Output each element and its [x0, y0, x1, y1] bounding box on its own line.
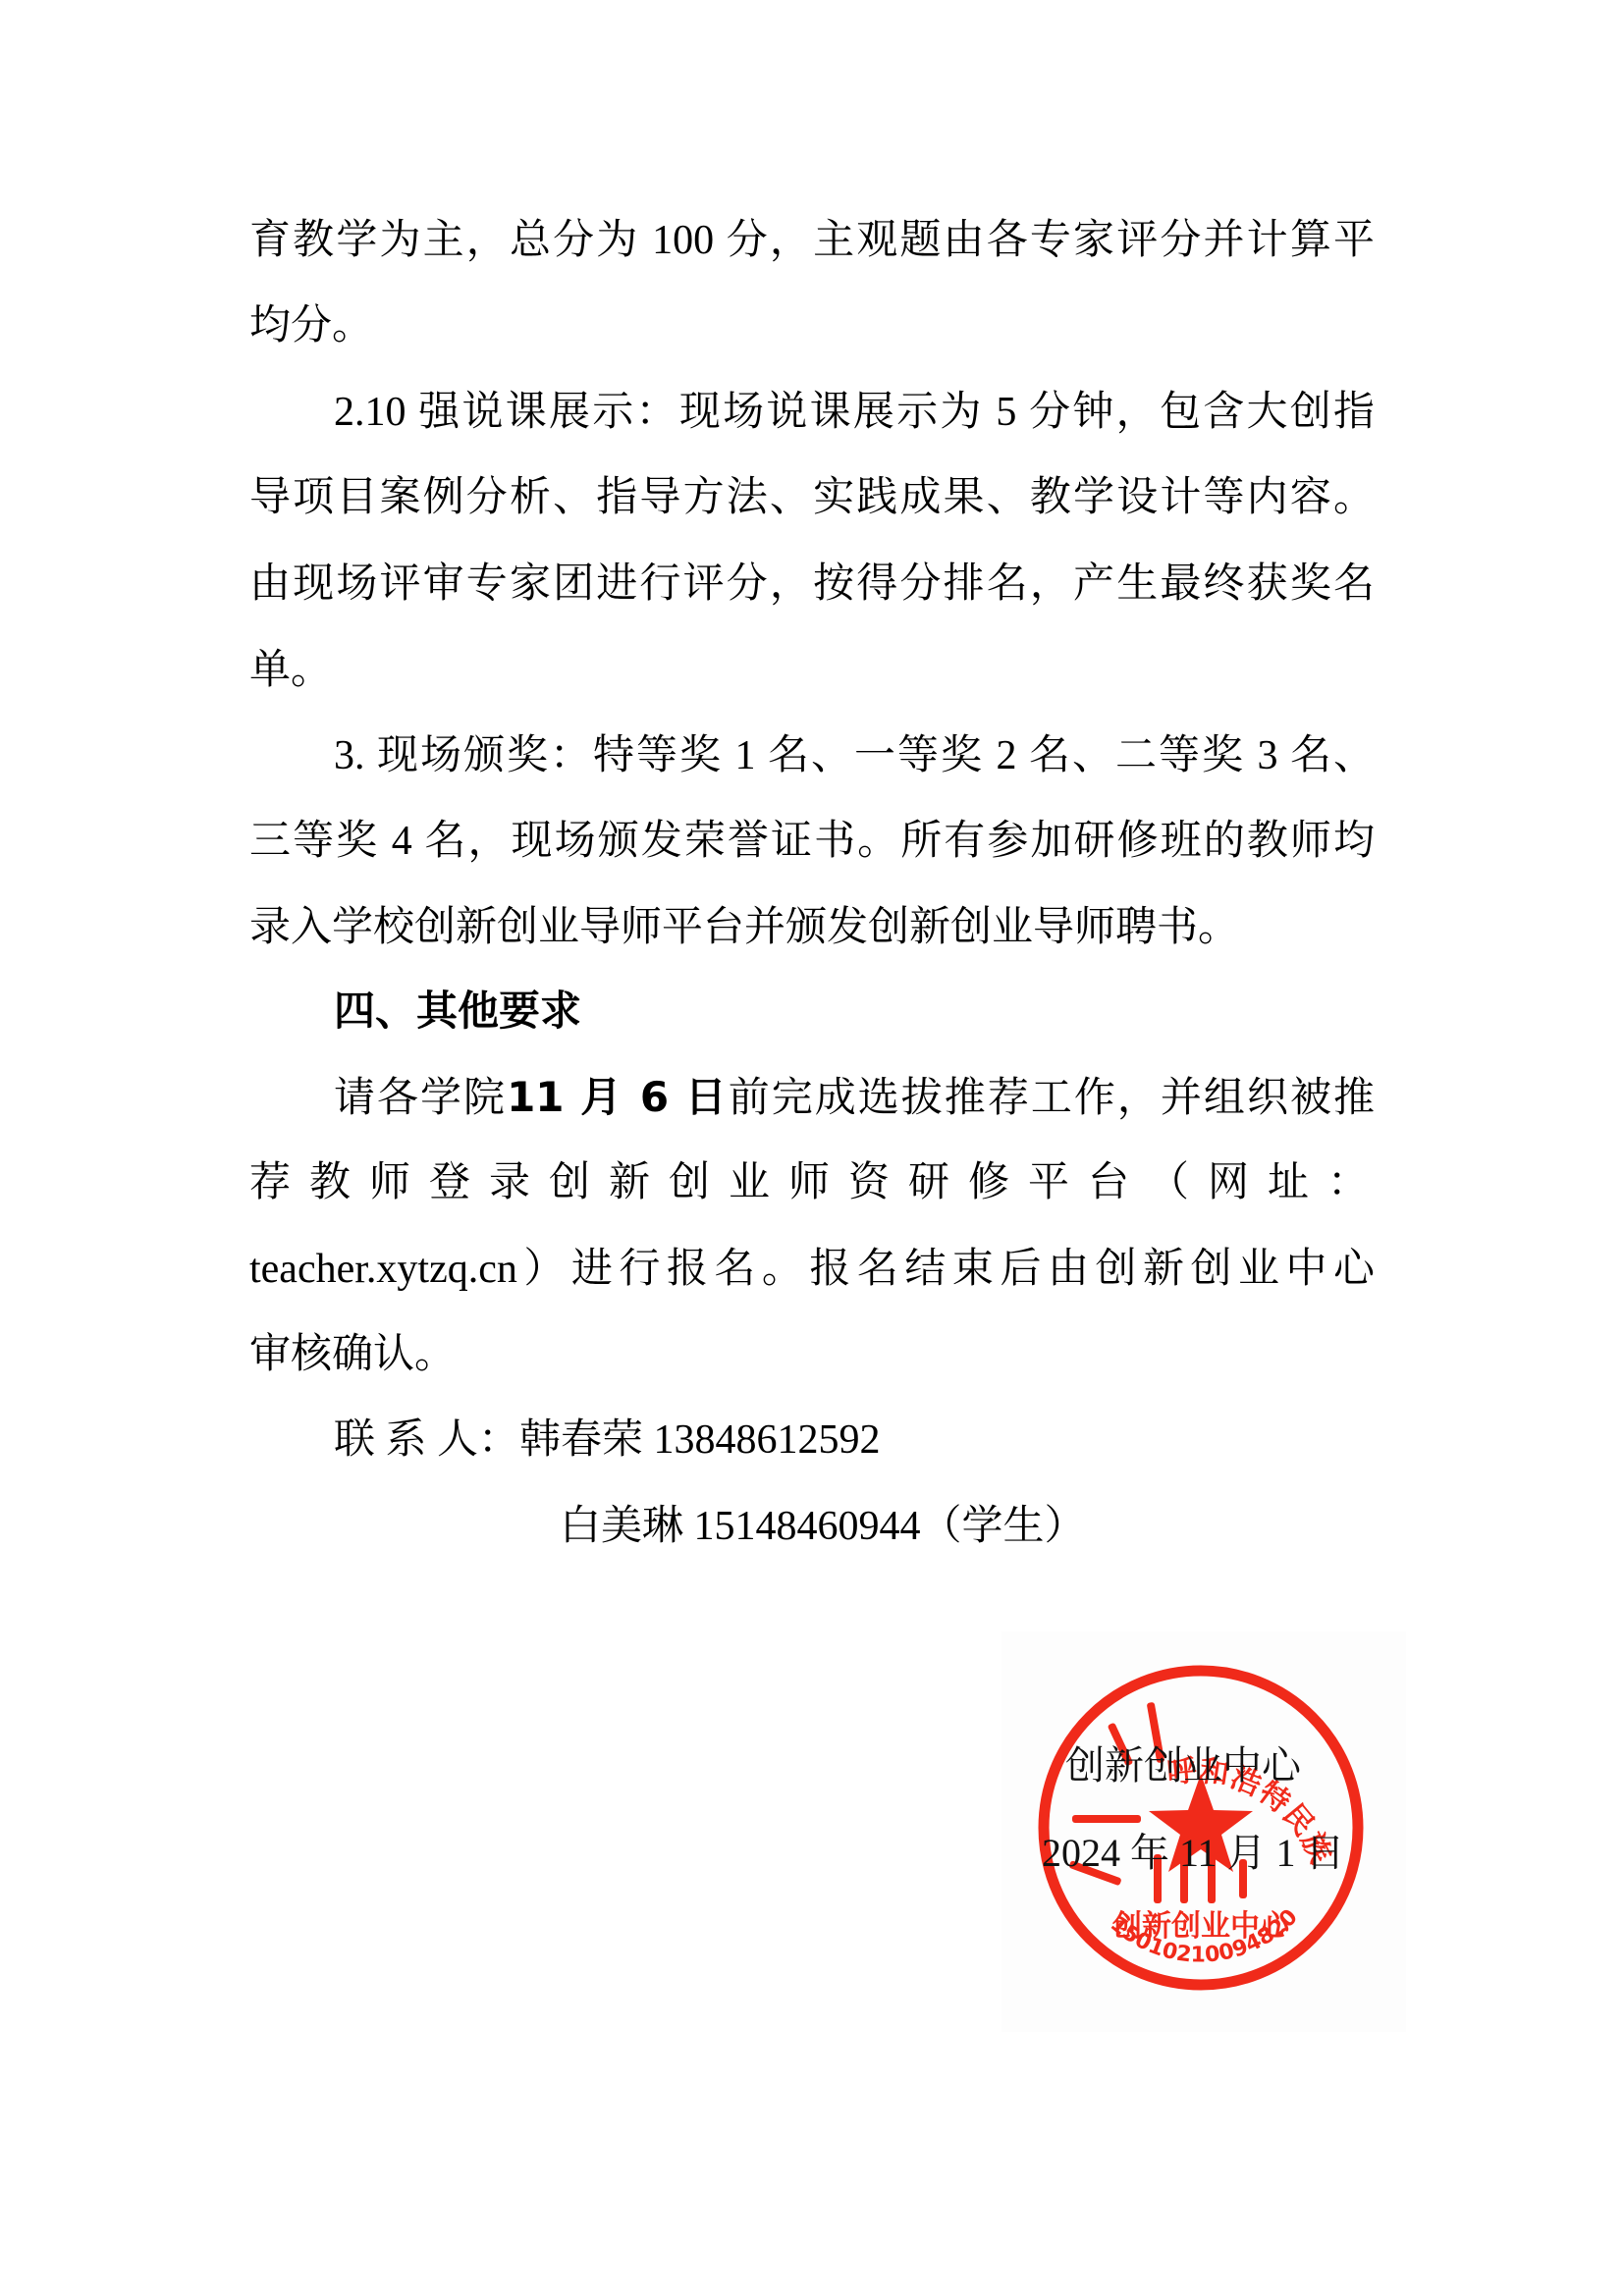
text: 请各学院: [334, 1076, 507, 1121]
contact-primary-value: 韩春荣 13848612592: [519, 1417, 881, 1463]
text: 前完成选拔推荐工作，并组织被推: [729, 1076, 1375, 1121]
contact-primary: 联 系 人：韩春荣 13848612592: [334, 1411, 881, 1469]
contact-label: 联 系 人：: [334, 1417, 519, 1463]
section-4-url-line: teacher.xytzq.cn）进行报名。报名结束后由创新创业中心: [249, 1240, 1375, 1299]
item-2-10-line: 由现场评审专家团进行评分，按得分排名，产生最终获奖名: [249, 555, 1375, 614]
section-4-line: 荐教师登录创新创业师资研修平台（网址：: [249, 1153, 1375, 1212]
item-3-line: 三等奖 4 名，现场颁发荣誉证书。所有参加研修班的教师均: [249, 812, 1375, 871]
contact-secondary: 白美琳 15148460944（学生）: [560, 1497, 1086, 1556]
document-page: 育教学为主，总分为 100 分，主观题由各专家评分并计算平 均分。 2.10 强…: [0, 0, 1624, 2296]
paragraph-line: 育教学为主，总分为 100 分，主观题由各专家评分并计算平: [249, 211, 1375, 270]
item-3-line: 录入学校创新创业导师平台并颁发创新创业导师聘书。: [249, 898, 1375, 957]
deadline-date: 11 月 6 日: [507, 1073, 729, 1121]
official-seal-icon: 呼和浩特民族学院 创新创业中心 15010210094820: [1021, 1648, 1380, 2007]
item-2-10-line: 导项目案例分析、指导方法、实践成果、教学设计等内容。: [249, 468, 1375, 527]
section-4-line: 请各学院11 月 6 日前完成选拔推荐工作，并组织被推: [334, 1068, 1375, 1127]
item-2-10-line: 2.10 强说课展示：现场说课展示为 5 分钟，包含大创指: [334, 383, 1375, 442]
section-heading: 四、其他要求: [334, 982, 1375, 1041]
item-2-10-line: 单。: [249, 641, 1375, 700]
paragraph-line: 均分。: [249, 296, 1375, 355]
section-4-line: 审核确认。: [249, 1325, 1375, 1384]
item-3-line: 3. 现场颁奖：特等奖 1 名、一等奖 2 名、二等奖 3 名、: [334, 726, 1375, 785]
signature-issuer: 创新创业中心: [1065, 1744, 1301, 1788]
signature-date: 2024 年 11 月 1 日: [1042, 1832, 1345, 1875]
